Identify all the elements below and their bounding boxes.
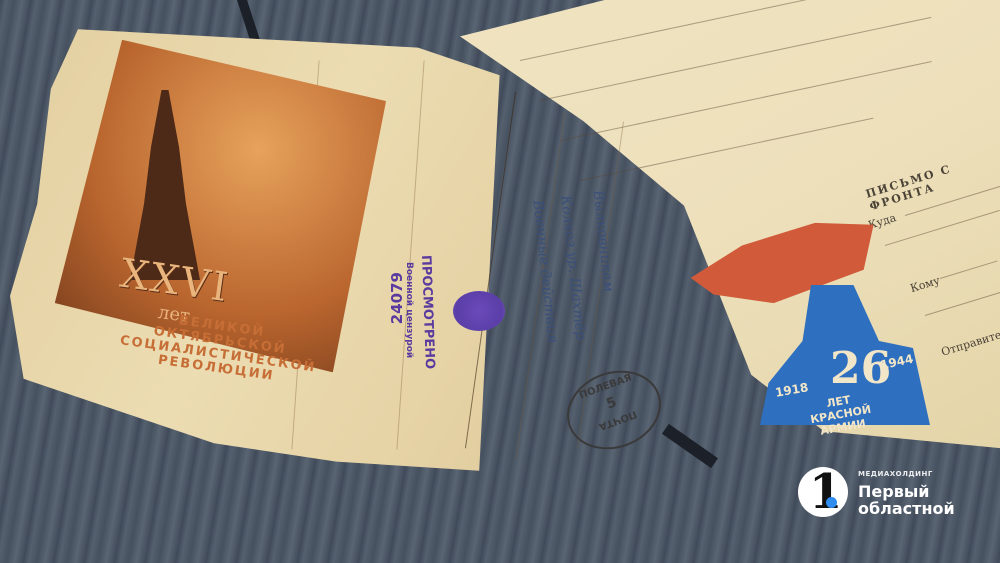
logo-text: МЕДИАХОЛДИНГ Первый областной (858, 466, 955, 517)
logo-icon: 1 (798, 467, 848, 517)
logo-dot-icon (826, 497, 837, 508)
censor-stamp-number: 24079 (388, 272, 406, 324)
red-army-illustration: 26 1918 1944 ЛЕТ КРАСНОЙ АРМИИ (690, 215, 930, 425)
media-watermark: 1 МЕДИАХОЛДИНГ Первый областной (798, 466, 955, 517)
logo-name-line2: областной (858, 500, 955, 517)
ink-blot (453, 291, 505, 331)
logo-numeral: 1 (809, 464, 842, 520)
logo-name-line1: Первый (858, 483, 955, 500)
logo-small-label: МЕДИАХОЛДИНГ (858, 466, 955, 483)
